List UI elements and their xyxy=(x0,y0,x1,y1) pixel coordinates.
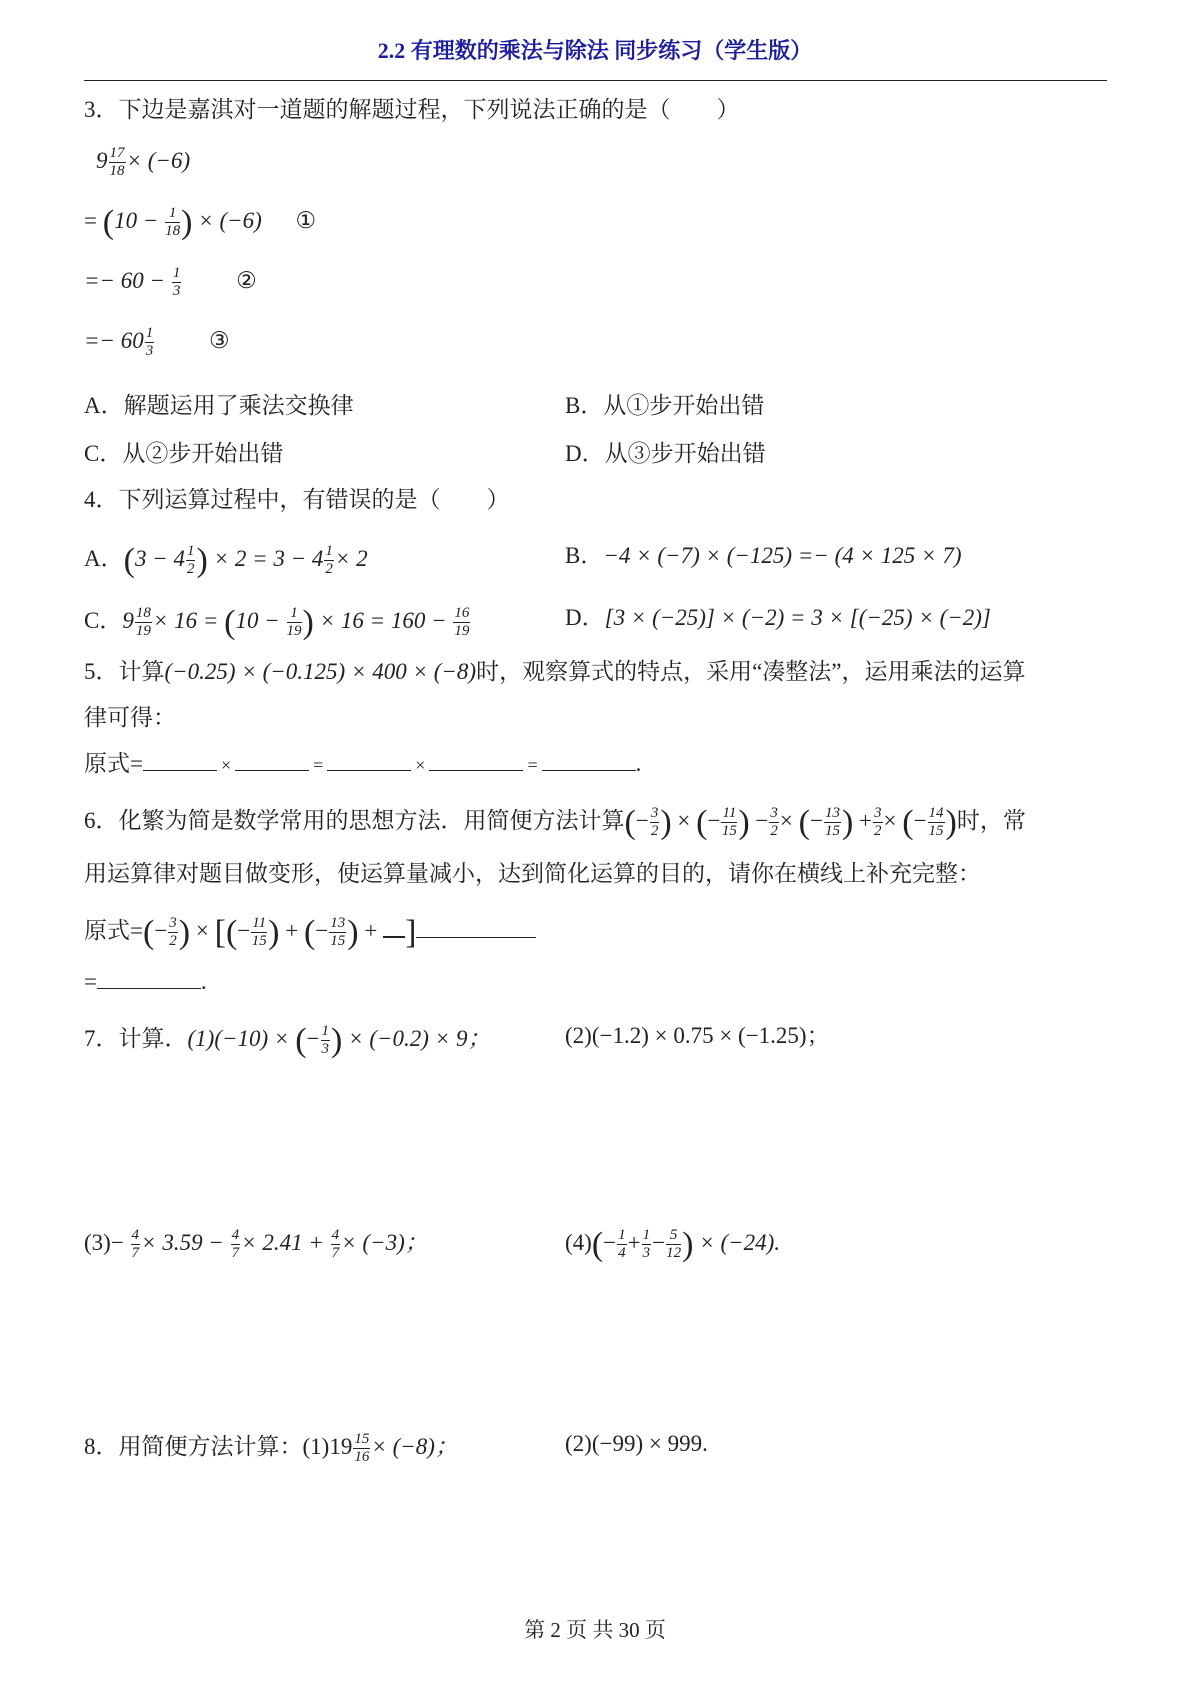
answer-blank-2[interactable] xyxy=(235,752,309,771)
q4-option-c[interactable]: C．91819× 16 = (10 − 119) × 16 = 160 − 16… xyxy=(84,606,471,639)
q6-line1: 6．化繁为简是数学常用的思想方法．用简便方法计算(−32) × (−1115) … xyxy=(84,806,1026,839)
q5-line1: 5．计算(−0.25) × (−0.125) × 400 × (−8)时，观察算… xyxy=(84,660,1026,683)
fraction: 13 xyxy=(172,266,182,299)
q3-option-c[interactable]: C．从②步开始出错 xyxy=(84,442,283,465)
header-divider xyxy=(84,80,1107,81)
q8-part1: 8．用简便方法计算：(1)191516× (−8)； xyxy=(84,1432,458,1465)
q5-line2: 律可得： xyxy=(84,706,176,729)
q7-line1: 7．计算．(1)(−10) × (−13) × (−0.2) × 9； xyxy=(84,1024,490,1057)
answer-blank-4[interactable] xyxy=(429,752,523,771)
q7-part4: (4)(−14+13−512) × (−24). xyxy=(565,1228,780,1261)
fraction: 118 xyxy=(165,206,180,239)
q4-option-a[interactable]: A．(3 − 412) × 2 = 3 − 412× 2 xyxy=(84,544,368,577)
q7-part3: (3)− 47× 3.59 − 47× 2.41 + 47× (−3)； xyxy=(84,1228,428,1261)
q3-step1: = (10 − 118) × (−6) ① xyxy=(84,206,316,239)
answer-blank-3[interactable] xyxy=(327,752,411,771)
q3-step0: 91718× (−6) xyxy=(96,146,190,179)
q7-part2: (2)(−1.2) × 0.75 × (−1.25)； xyxy=(565,1024,830,1047)
q6-line3: 原式=(−32) × [(−1115) + (−1315) + ] xyxy=(84,916,536,949)
q6-line4: =. xyxy=(84,970,207,993)
document-header-title: 2.2 有理数的乘法与除法 同步练习（学生版） xyxy=(0,34,1190,65)
answer-blank-6[interactable] xyxy=(416,919,536,938)
answer-blank-7[interactable] xyxy=(97,970,201,989)
q3-step2: =− 60 − 13 ② xyxy=(84,266,257,299)
answer-blank-5[interactable] xyxy=(542,752,636,771)
step-marker-3: ③ xyxy=(209,328,230,353)
page-footer: 第 2 页 共 30 页 xyxy=(0,1614,1190,1644)
q8-part2: (2)(−99) × 999. xyxy=(565,1432,708,1455)
fraction: 13 xyxy=(145,326,155,359)
q3-option-d[interactable]: D．从③步开始出错 xyxy=(565,442,766,465)
answer-blank-1[interactable] xyxy=(143,752,217,771)
q4-stem: 4．下列运算过程中，有错误的是（ ） xyxy=(84,488,510,511)
q3-stem: 3．下边是嘉淇对一道题的解题过程，下列说法正确的是（ ） xyxy=(84,98,740,121)
q4-option-d[interactable]: D．[3 × (−25)] × (−2) = 3 × [(−25) × (−2)… xyxy=(565,606,991,629)
q3-s0-int: 9 xyxy=(96,148,108,173)
q3-option-a[interactable]: A．解题运用了乘法交换律 xyxy=(84,394,354,417)
q5-line3: 原式=×=×=. xyxy=(84,752,641,775)
fraction: 1718 xyxy=(109,146,126,179)
q3-step3: =− 6013 ③ xyxy=(84,326,230,359)
step-marker-2: ② xyxy=(236,268,257,293)
step-marker-1: ① xyxy=(296,208,317,233)
q4-option-b[interactable]: B．−4 × (−7) × (−125) =− (4 × 125 × 7) xyxy=(565,544,961,567)
answer-blank-inner[interactable] xyxy=(383,918,405,938)
q3-option-b[interactable]: B．从①步开始出错 xyxy=(565,394,764,417)
q6-line2: 用运算律对题目做变形，使运算量减小，达到简化运算的目的，请你在横线上补充完整： xyxy=(84,862,981,885)
